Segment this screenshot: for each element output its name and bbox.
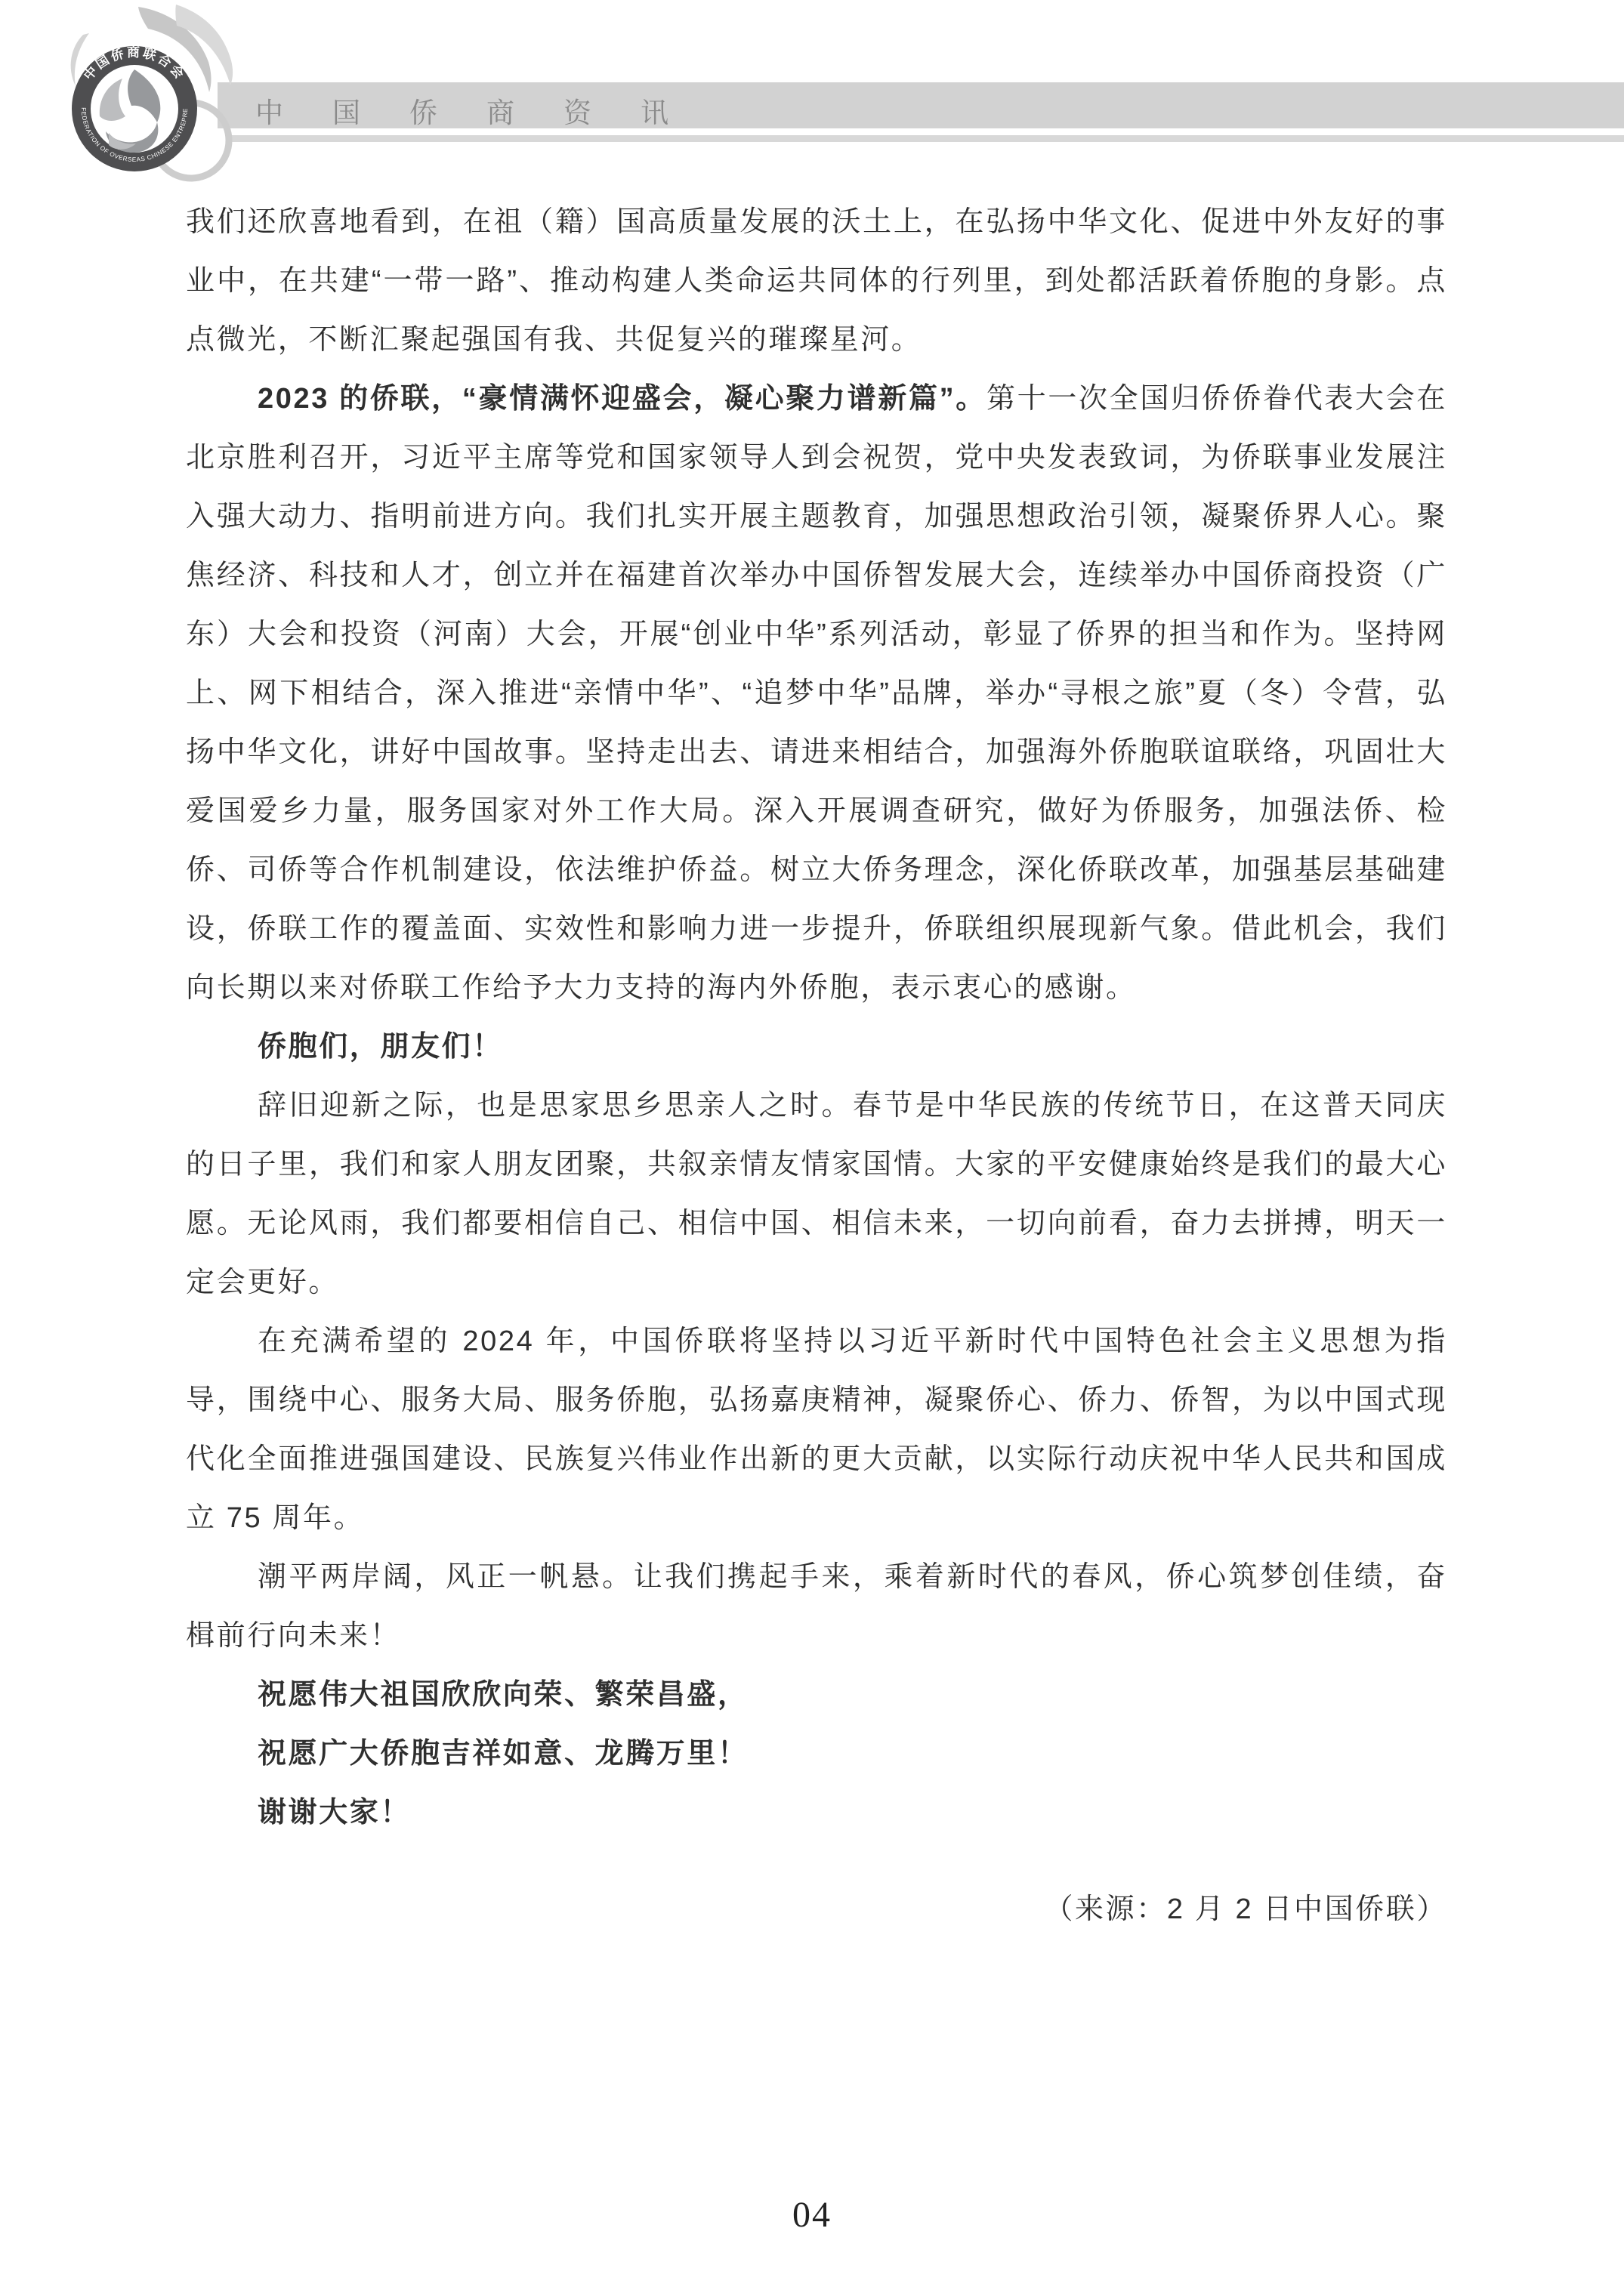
paragraph-3-salutation: 侨胞们，朋友们！ [186, 1017, 1447, 1076]
article-body: 我们还欣喜地看到，在祖（籍）国高质量发展的沃土上，在弘扬中华文化、促进中外友好的… [186, 193, 1447, 1939]
masthead-title: 中国侨商资讯 [255, 82, 718, 133]
paragraph-1-text: 我们还欣喜地看到，在祖（籍）国高质量发展的沃土上，在弘扬中华文化、促进中外友好的… [186, 206, 1447, 356]
paragraph-8-text: 祝愿广大侨胞吉祥如意、龙腾万里！ [258, 1738, 749, 1770]
paragraph-2-text: 第十一次全国归侨侨眷代表大会在北京胜利召开，习近平主席等党和国家领导人到会祝贺，… [186, 383, 1447, 1004]
paragraph-2: 2023 的侨联，“豪情满怀迎盛会，凝心聚力谱新篇”。第十一次全国归侨侨眷代表大… [186, 369, 1447, 1017]
paragraph-8-wish: 祝愿广大侨胞吉祥如意、龙腾万里！ [186, 1724, 1447, 1783]
paragraph-3-text: 侨胞们，朋友们！ [258, 1031, 503, 1063]
document-page: 中国侨商资讯 中国侨商联合会 CHINA FEDERATION OF OVERS… [0, 0, 1624, 2293]
paragraph-5: 在充满希望的 2024 年，中国侨联将坚持以习近平新时代中国特色社会主义思想为指… [186, 1312, 1447, 1548]
paragraph-7-text: 祝愿伟大祖国欣欣向荣、繁荣昌盛， [258, 1679, 749, 1711]
paragraph-1: 我们还欣喜地看到，在祖（籍）国高质量发展的沃土上，在弘扬中华文化、促进中外友好的… [186, 193, 1447, 369]
paragraph-4: 辞旧迎新之际，也是思家思乡思亲人之时。春节是中华民族的传统节日，在这普天同庆的日… [186, 1076, 1447, 1312]
paragraph-4-text: 辞旧迎新之际，也是思家思乡思亲人之时。春节是中华民族的传统节日，在这普天同庆的日… [186, 1090, 1447, 1298]
paragraph-5-text: 在充满希望的 2024 年，中国侨联将坚持以习近平新时代中国特色社会主义思想为指… [186, 1325, 1447, 1534]
header-band-underline [228, 135, 1624, 142]
paragraph-6-text: 潮平两岸阔，风正一帆悬。让我们携起手来，乘着新时代的春风，侨心筑梦创佳绩，奋楫前… [186, 1561, 1447, 1652]
source-line: （来源：2 月 2 日中国侨联） [186, 1880, 1447, 1939]
paragraph-9-text: 谢谢大家！ [258, 1797, 411, 1829]
paragraph-9-thanks: 谢谢大家！ [186, 1783, 1447, 1842]
paragraph-7-wish: 祝愿伟大祖国欣欣向荣、繁荣昌盛， [186, 1665, 1447, 1724]
paragraph-2-bold-lead: 2023 的侨联，“豪情满怀迎盛会，凝心聚力谱新篇”。 [258, 383, 986, 415]
page-number: 04 [0, 2194, 1624, 2236]
paragraph-6: 潮平两岸阔，风正一帆悬。让我们携起手来，乘着新时代的春风，侨心筑梦创佳绩，奋楫前… [186, 1548, 1447, 1665]
federation-seal-logo-icon: 中国侨商联合会 CHINA FEDERATION OF OVERSEAS CHI… [36, 3, 242, 208]
